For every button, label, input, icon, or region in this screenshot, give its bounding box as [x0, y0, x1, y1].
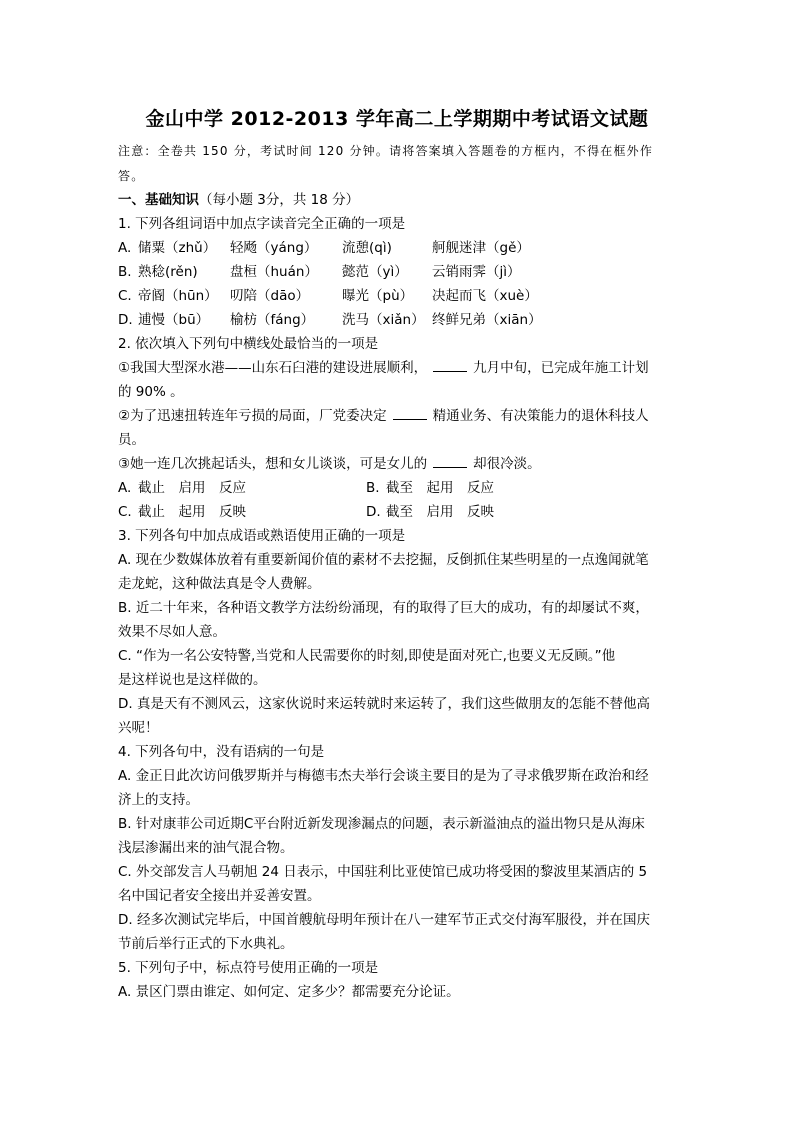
- question-3-stem: 3. 下列各句中加点成语或熟语使用正确的一项是: [118, 526, 678, 546]
- exam-note: 注意：全卷共 150 分，考试时间 120 分钟。请将答案填入答题卷的方框内，不…: [118, 141, 678, 161]
- sentence-text: ③她一连几次挑起话头，想和女儿谈谈，可是女儿的: [118, 456, 427, 472]
- document-page: 金山中学 2012-2013 学年高二上学期期中考试语文试题 注意：全卷共 15…: [0, 0, 794, 1123]
- sentence-text: ②为了迅速扭转连年亏损的局面，厂党委决定: [118, 408, 387, 424]
- q4-line: 节前后举行正式的下水典礼。: [118, 934, 678, 954]
- option-item: 轻飏（yáng）: [230, 238, 317, 258]
- option-label: A.: [118, 478, 131, 498]
- document-title: 金山中学 2012-2013 学年高二上学期期中考试语文试题: [0, 104, 794, 131]
- option-item: 终鲜兄弟（xiān）: [432, 310, 542, 330]
- option-label: C.: [118, 286, 132, 306]
- option-item: 储粟（zhǔ）: [138, 238, 216, 258]
- question-5-stem: 5. 下列句子中，标点符号使用正确的一项是: [118, 958, 678, 978]
- option-item: 懿范（yì）: [342, 262, 408, 282]
- sentence-text: 却很冷淡。: [473, 456, 541, 472]
- fill-blank: [393, 407, 427, 420]
- option-item: 熟稔(rěn): [138, 262, 198, 282]
- option-item: 洗马（xiǎn）: [342, 310, 425, 330]
- q4-line: 济上的支持。: [118, 790, 678, 810]
- question-4-stem: 4. 下列各句中，没有语病的一句是: [118, 742, 678, 762]
- option-text: 截至 起用 反应: [386, 478, 494, 498]
- q3-line: 走龙蛇，这种做法真是令人费解。: [118, 574, 678, 594]
- option-item: 叨陪（dāo）: [230, 286, 309, 306]
- q5-line: A. 景区门票由谁定、如何定、定多少？都需要充分论证。: [118, 982, 678, 1002]
- option-label: A.: [118, 238, 131, 258]
- option-label: B.: [118, 262, 132, 282]
- option-label: D.: [118, 310, 133, 330]
- section-heading: 一、基础知识（每小题 3分，共 18 分）: [118, 190, 678, 210]
- q4-line: 浅层渗漏出来的油气混合物。: [118, 838, 678, 858]
- q3-line: A. 现在少数媒体放着有重要新闻价值的素材不去挖掘，反倒抓住某些明星的一点逸闻就…: [118, 550, 678, 570]
- q4-line: D. 经多次测试完毕后，中国首艘航母明年预计在八一建军节正式交付海军服役，并在国…: [118, 910, 678, 930]
- option-item: 决起而飞（xuè）: [432, 286, 538, 306]
- option-text: 截至 启用 反映: [386, 502, 494, 522]
- q4-line: C. 外交部发言人马朝旭 24 日表示，中国驻利比亚使馆已成功将受困的黎波里某酒…: [118, 862, 678, 882]
- q2-sentence-2: ②为了迅速扭转连年亏损的局面，厂党委决定精通业务、有决策能力的退休科技人: [118, 406, 678, 426]
- option-item: 逋慢（bū）: [138, 310, 209, 330]
- question-1-stem: 1. 下列各组词语中加点字读音完全正确的一项是: [118, 214, 678, 234]
- option-item: 云销雨霁（jì）: [432, 262, 521, 282]
- option-item: 流憩(qì): [342, 238, 392, 258]
- exam-note-cont: 答。: [118, 166, 678, 186]
- fill-blank: [433, 455, 467, 468]
- option-item: 曝光（pù）: [342, 286, 413, 306]
- q2-sentence-1-cont: 的 90% 。: [118, 382, 678, 402]
- q3-line: 兴呢！: [118, 718, 678, 738]
- q3-line: C. “作为一名公安特警,当党和人民需要你的时刻,即使是面对死亡,也要义无反顾。…: [118, 646, 678, 666]
- sentence-text: 九月中旬，已完成年施工计划: [473, 360, 649, 376]
- option-item: 舸舰迷津（gě）: [432, 238, 530, 258]
- q3-line: 效果不尽如人意。: [118, 622, 678, 642]
- question-2-stem: 2. 依次填入下列句中横线处最恰当的一项是: [118, 334, 678, 354]
- option-item: 盘桓（huán）: [230, 262, 318, 282]
- option-item: 帝阍（hūn）: [138, 286, 218, 306]
- option-label: B.: [366, 478, 380, 498]
- q3-line: 是这样说也是这样做的。: [118, 670, 678, 690]
- option-text: 截止 启用 反应: [138, 478, 246, 498]
- section-heading-title: 一、基础知识: [118, 192, 199, 208]
- q2-sentence-3: ③她一连几次挑起话头，想和女儿谈谈，可是女儿的却很冷淡。: [118, 454, 678, 474]
- sentence-text: 精通业务、有决策能力的退休科技人: [433, 408, 649, 424]
- option-text: 截止 起用 反映: [138, 502, 246, 522]
- q3-line: D. 真是天有不测风云，这家伙说时来运转就时来运转了，我们这些做朋友的怎能不替他…: [118, 694, 678, 714]
- q2-sentence-1: ①我国大型深水港——山东石臼港的建设进展顺利，九月中旬，已完成年施工计划: [118, 358, 678, 378]
- sentence-text: ①我国大型深水港——山东石臼港的建设进展顺利，: [118, 360, 427, 376]
- option-label: D.: [366, 502, 381, 522]
- q3-line: B. 近二十年来，各种语文教学方法纷纷涌现，有的取得了巨大的成功，有的却屡试不爽…: [118, 598, 678, 618]
- section-heading-score: （每小题 3分，共 18 分）: [199, 192, 359, 208]
- q4-line: 名中国记者安全接出并妥善安置。: [118, 886, 678, 906]
- q4-line: A. 金正日此次访问俄罗斯并与梅德韦杰夫举行会谈主要目的是为了寻求俄罗斯在政治和…: [118, 766, 678, 786]
- option-label: C.: [118, 502, 132, 522]
- fill-blank: [433, 359, 467, 372]
- q4-line: B. 针对康菲公司近期C平台附近新发现渗漏点的问题，表示新溢油点的溢出物只是从海…: [118, 814, 678, 834]
- option-item: 榆枋（fáng）: [230, 310, 314, 330]
- q2-sentence-2-cont: 员。: [118, 430, 678, 450]
